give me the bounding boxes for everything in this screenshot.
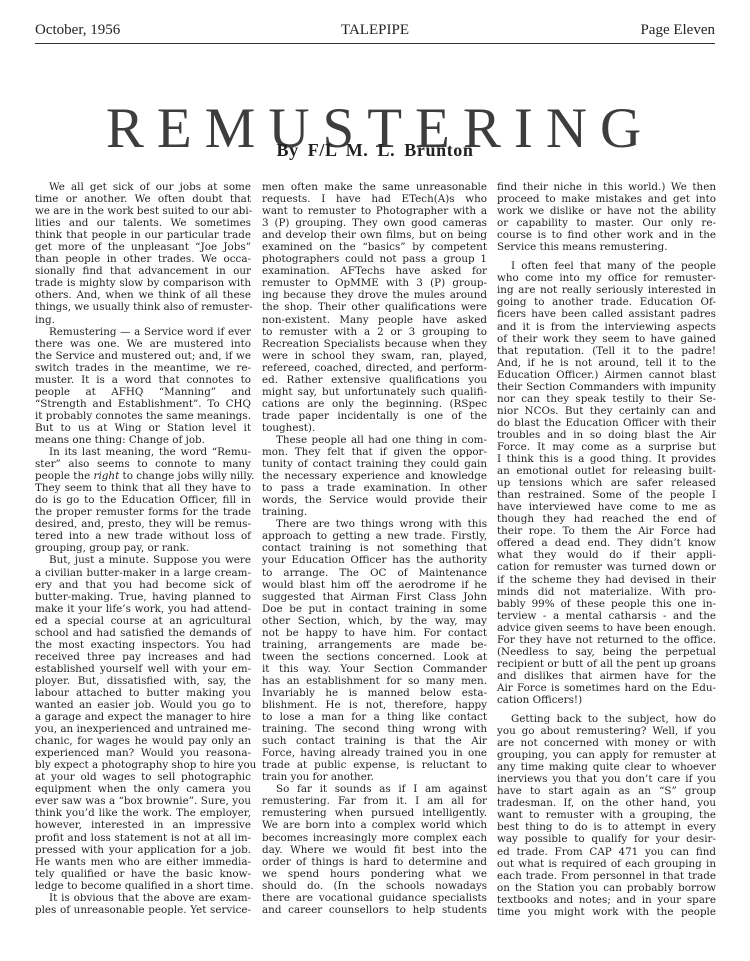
text-line: you, an inexperienced and untrained me- — [35, 723, 251, 735]
text-line: advice given seems to have been enough. — [497, 622, 716, 634]
text-line: We are born into a complex world which — [262, 819, 487, 831]
text-line: ing because they drove the mules around — [262, 289, 487, 301]
text-line: proceed to make mistakes and get into — [497, 193, 716, 205]
text-line: words, the Service would provide their — [262, 494, 487, 506]
text-line: an emotional outlet for releasing built- — [497, 465, 716, 477]
text-line: or capability to master. Our only re- — [497, 217, 716, 229]
running-header: October, 1956 TALEPIPE Page Eleven — [35, 22, 715, 42]
text-line: ples of unreasonable people. Yet service… — [35, 904, 251, 916]
text-line: butter-making. True, having planned to — [35, 591, 251, 603]
text-line: ployer. But, dissatisfied with, say, the — [35, 675, 251, 687]
text-line: you go about remustering? Well, if you — [497, 725, 716, 737]
text-line: contact training is not something that — [262, 542, 487, 554]
text-line: ed. Rather extensive qualifications you — [262, 374, 487, 386]
text-line: Recreation Specialists because when they — [262, 338, 487, 350]
text-line: do is go to the Education Officer, fill … — [35, 494, 251, 506]
text-line: to pass a trade examination. In other — [262, 482, 487, 494]
text-line: however, interested in an impressive — [35, 819, 251, 831]
text-line: to remuster with a 2 or 3 grouping to — [262, 326, 487, 338]
text-line: there are vocational guidance specialist… — [262, 892, 487, 904]
text-line: if the scheme they had devised in their — [497, 574, 716, 586]
publication-name: TALEPIPE — [35, 22, 715, 39]
text-line: ficers have been called assistant padres — [497, 308, 716, 320]
text-line: ery and that you had become sick of — [35, 579, 251, 591]
text-line: trade is mighty slow by comparison with — [35, 277, 251, 289]
text-line: to arrange. The OC of Maintenance — [262, 567, 487, 579]
text-line: that reputation. (Tell it to the padre! — [497, 345, 716, 357]
text-line: and it is from the interviewing aspects — [497, 321, 716, 333]
text-line: than people in other trades. We occa- — [35, 253, 251, 265]
text-line: has an establishment for so many men. — [262, 675, 487, 687]
text-line: mon. They felt that if given the oppor- — [262, 446, 487, 458]
text-line: others. And, when we think of all these — [35, 289, 251, 301]
text-line: Air Force is sometimes hard on the Edu- — [497, 682, 716, 694]
text-line: remustering when pursued intelligently. — [262, 807, 487, 819]
text-line: are not concerned with money or with — [497, 737, 716, 749]
text-line: For they have not returned to the office… — [497, 634, 716, 646]
text-line: have to start again as an “S” group — [497, 785, 716, 797]
text-line: nior NCOs. But they certainly can and — [497, 405, 716, 417]
text-line: a civilian butter-maker in a large cream… — [35, 567, 251, 579]
text-line: equipment when the only camera you — [35, 783, 251, 795]
text-line: would blast him off the aerodrome if he — [262, 579, 487, 591]
text-line: make it your life’s work, you had attend… — [35, 603, 251, 615]
text-line: received three pay increases and had — [35, 651, 251, 663]
text-line: recipient or butt of all the pent up gro… — [497, 658, 716, 670]
text-line: do blast the Education Officer with thei… — [497, 417, 716, 429]
text-line: But to us at Wing or Station level it — [35, 422, 251, 434]
text-line: cation Officers!) — [497, 694, 716, 706]
text-line: Invariably he is manned below esta- — [262, 687, 487, 699]
text-line: any time making quite clear to whoever — [497, 761, 716, 773]
text-line: your Education Officer has the authority — [262, 554, 487, 566]
text-line: and career counsellors to help students — [262, 904, 487, 916]
text-line: examination. AFTechs have asked for — [262, 265, 487, 277]
text-line: cations are only the beginning. (RSpec — [262, 398, 487, 410]
text-line: the necessary experience and knowledge — [262, 470, 487, 482]
text-line: their Section Commanders with impunity — [497, 381, 716, 393]
text-line: out what is required of each grouping in — [497, 858, 716, 870]
text-line: should do. (In the schools nowadays — [262, 880, 487, 892]
text-line: He wants men who are either immedia- — [35, 856, 251, 868]
text-line: switch trades in the meantime, we re- — [35, 362, 251, 374]
text-line: work we dislike or have not the ability — [497, 205, 716, 217]
text-line: way possible to qualify for your desir- — [497, 833, 716, 845]
text-line: established yourself well with your em- — [35, 663, 251, 675]
text-line: trade paper incidentally is one of the — [262, 410, 487, 422]
text-line: remustering. Far from it. I am all for — [262, 795, 487, 807]
text-line: In its last meaning, the word “Remu- — [35, 446, 251, 458]
text-line: ledge to become qualified in a short tim… — [35, 880, 251, 892]
text-line: the proper remuster forms for the trade — [35, 506, 251, 518]
text-line: So far it sounds as if I am against — [262, 783, 487, 795]
text-line: lities and our talents. We sometimes — [35, 217, 251, 229]
article-column-3: find their niche in this world.) We then… — [497, 181, 716, 918]
text-line: train you for another. — [262, 771, 487, 783]
text-line: were in school they swam, ran, played, — [262, 350, 487, 362]
text-line: ed a special course at an agricultural — [35, 615, 251, 627]
text-line: tunity of contact training they could ga… — [262, 458, 487, 470]
text-line: “Strength and Establishment”. To CHQ — [35, 398, 251, 410]
text-line: other Section, which, by the way, may — [262, 615, 487, 627]
text-line: cation for remuster was turned down or — [497, 561, 716, 573]
text-line: refereed, coached, directed, and perform… — [262, 362, 487, 374]
text-line: things, we usually think also of remuste… — [35, 301, 251, 313]
text-line: toughest). — [262, 422, 487, 434]
text-line: up tensions which are safer released — [497, 477, 716, 489]
text-line: ster” also seems to connote to many — [35, 458, 251, 470]
text-line: day. Where we would fit best into the — [262, 844, 487, 856]
text-line: the shop. Their other qualifications wer… — [262, 301, 487, 313]
text-line: pressed with your application for a job. — [35, 844, 251, 856]
text-line: training. — [262, 506, 487, 518]
header-rule — [35, 43, 715, 44]
text-line: we spend hours pondering what we — [262, 868, 487, 880]
text-line: we are in the work best suited to our ab… — [35, 205, 251, 217]
text-line: tely qualified or have the basic know- — [35, 868, 251, 880]
text-line: ing. — [35, 314, 251, 326]
text-line: Force. It may come as a surprise but — [497, 441, 716, 453]
text-line: bably 99% of these people this one in- — [497, 598, 716, 610]
text-line: course is to find other work and in the — [497, 229, 716, 241]
text-line: blishment. He is not, therefore, happy — [262, 699, 487, 711]
text-line: think that people in our particular trad… — [35, 229, 251, 241]
text-line: approach to getting a new trade. Firstly… — [262, 530, 487, 542]
text-line: and dislikes that airmen have for the — [497, 670, 716, 682]
text-line: Doe be put in contact training in some — [262, 603, 487, 615]
text-line: textbooks and notes; and in your spare — [497, 894, 716, 906]
text-line: ed trade. From CAP 471 you can find — [497, 846, 716, 858]
text-line: it probably connotes the same meanings. — [35, 410, 251, 422]
emphasis: right — [94, 470, 120, 482]
text-line: there was one. We are mustered into — [35, 338, 251, 350]
text-line: grouping, you can apply for remuster at — [497, 749, 716, 761]
text-line: But, just a minute. Suppose you were — [35, 554, 251, 566]
text-line: on the Station you can probably borrow — [497, 882, 716, 894]
text-line: means one thing: Change of job. — [35, 434, 251, 446]
text-line: chanic, for wages he would pay only an — [35, 735, 251, 747]
page-number: Page Eleven — [640, 22, 715, 39]
text-line: than restrained. Some of the people I — [497, 489, 716, 501]
text-line: (Needless to say, being the perpetual — [497, 646, 716, 658]
text-line: tradesman. If, on the other hand, you — [497, 797, 716, 809]
text-line: people the right to change jobs willy ni… — [35, 470, 251, 482]
text-line: 3 (P) grouping. They own good cameras — [262, 217, 487, 229]
text-line: think you’d like the work. The employer, — [35, 807, 251, 819]
text-line: experienced man? Would you reasona- — [35, 747, 251, 759]
text-line: examined on the “basics” by competent — [262, 241, 487, 253]
text-line: Education Officer.) Airmen cannot blast — [497, 369, 716, 381]
text-line: though they had reached the end of — [497, 513, 716, 525]
text-line: remuster to OpMME with 3 (P) group- — [262, 277, 487, 289]
text-line: might say, but unfortunately such qualif… — [262, 386, 487, 398]
text-line: offered a dead end. They didn’t know — [497, 537, 716, 549]
text-line: it this way. Your Section Commander — [262, 663, 487, 675]
text-line: their rope. To them the Air Force had — [497, 525, 716, 537]
text-line: profit and loss statement is not at all … — [35, 832, 251, 844]
text-line: grouping, group pay, or rank. — [35, 542, 251, 554]
text-line: Getting back to the subject, how do — [497, 713, 716, 725]
text-line: Service this means remustering. — [497, 241, 716, 253]
text-line: muster. It is a word that connotes to — [35, 374, 251, 386]
text-line: trade at public expense, is reluctant to — [262, 759, 487, 771]
text-line: desired, and, presto, they will be remus… — [35, 518, 251, 530]
article-byline: By F/L M. L. Brunton — [0, 140, 750, 161]
text-line: ing are not really seriously interested … — [497, 284, 716, 296]
text-line: to lose a man for a thing like contact — [262, 711, 487, 723]
article-column-2: men often make the same unreasonablerequ… — [262, 181, 487, 916]
text-line: want to remuster to Photographer with a — [262, 205, 487, 217]
text-line: at your old wages to sell photographic — [35, 771, 251, 783]
text-line: tered into a new trade without loss of — [35, 530, 251, 542]
text-line: Remustering — a Service word if ever — [35, 326, 251, 338]
text-line: who come into my office for remuster- — [497, 272, 716, 284]
text-line: non-existent. Many people have asked — [262, 314, 487, 326]
text-line: each trade. From personnel in that trade — [497, 870, 716, 882]
text-line: men often make the same unreasonable — [262, 181, 487, 193]
text-line: school and had satisfied the demands of — [35, 627, 251, 639]
text-line: find their niche in this world.) We then — [497, 181, 716, 193]
text-line: people at AFHQ “Manning” and — [35, 386, 251, 398]
text-line: time or another. We often doubt that — [35, 193, 251, 205]
text-line: and develop their own films, but on bein… — [262, 229, 487, 241]
text-line: labour attached to butter making you — [35, 687, 251, 699]
text-line: the most exacting inspectors. You had — [35, 639, 251, 651]
text-line: ever saw was a “box brownie”. Sure, you — [35, 795, 251, 807]
text-line: have interviewed have come to me as — [497, 501, 716, 513]
text-line: training, arrangements are made be- — [262, 639, 487, 651]
text-line: best thing to do is to attempt in every — [497, 821, 716, 833]
text-line: order of things is hard to determine and — [262, 856, 487, 868]
text-line: tween the sections concerned. Look at — [262, 651, 487, 663]
text-line: There are two things wrong with this — [262, 518, 487, 530]
text-line: photographers could not pass a group 1 — [262, 253, 487, 265]
text-line: minds did not materialize. With pro- — [497, 586, 716, 598]
text-line: inerviews you that you don’t care if you — [497, 773, 716, 785]
text-line: nor can they speak testily to their Se- — [497, 393, 716, 405]
text-line: troubles and in so doing blast the Air — [497, 429, 716, 441]
text-line: of their work they seem to have gained — [497, 333, 716, 345]
text-line: They seem to think that all they have to — [35, 482, 251, 494]
text-line: a garage and expect the manager to hire — [35, 711, 251, 723]
text-line: get more of the unpleasant “Joe Jobs” — [35, 241, 251, 253]
text-line: training. The second thing wrong with — [262, 723, 487, 735]
text-line: requests. I have had ETech(A)s who — [262, 193, 487, 205]
text-line: the Service and mustered out; and, if we — [35, 350, 251, 362]
text-line: becomes increasingly more complex each — [262, 832, 487, 844]
text-line: sionally find that advancement in our — [35, 265, 251, 277]
text-line: It is obvious that the above are exam- — [35, 892, 251, 904]
text-line: terview - a mental catharsis - and the — [497, 610, 716, 622]
text-line: These people all had one thing in com- — [262, 434, 487, 446]
text-line: And, if he is not around, tell it to the — [497, 357, 716, 369]
text-line: not be happy to have him. For contact — [262, 627, 487, 639]
article-column-1: We all get sick of our jobs at sometime … — [35, 181, 251, 916]
text-line: I think this is a good thing. It provide… — [497, 453, 716, 465]
text-line: such contact training is that the Air — [262, 735, 487, 747]
text-line: suggested that Airman First Class John — [262, 591, 487, 603]
text-line: want to remuster with a grouping, the — [497, 809, 716, 821]
text-line: wanted an easier job. Would you go to — [35, 699, 251, 711]
text-line: Force, having already trained you in one — [262, 747, 487, 759]
text-line: We all get sick of our jobs at some — [35, 181, 251, 193]
text-line: what they would do if their appli- — [497, 549, 716, 561]
text-line: time you might work with the people — [497, 906, 716, 918]
text-line: I often feel that many of the people — [497, 260, 716, 272]
text-line: bly expect a photography shop to hire yo… — [35, 759, 251, 771]
text-line: going to another trade. Education Of- — [497, 296, 716, 308]
